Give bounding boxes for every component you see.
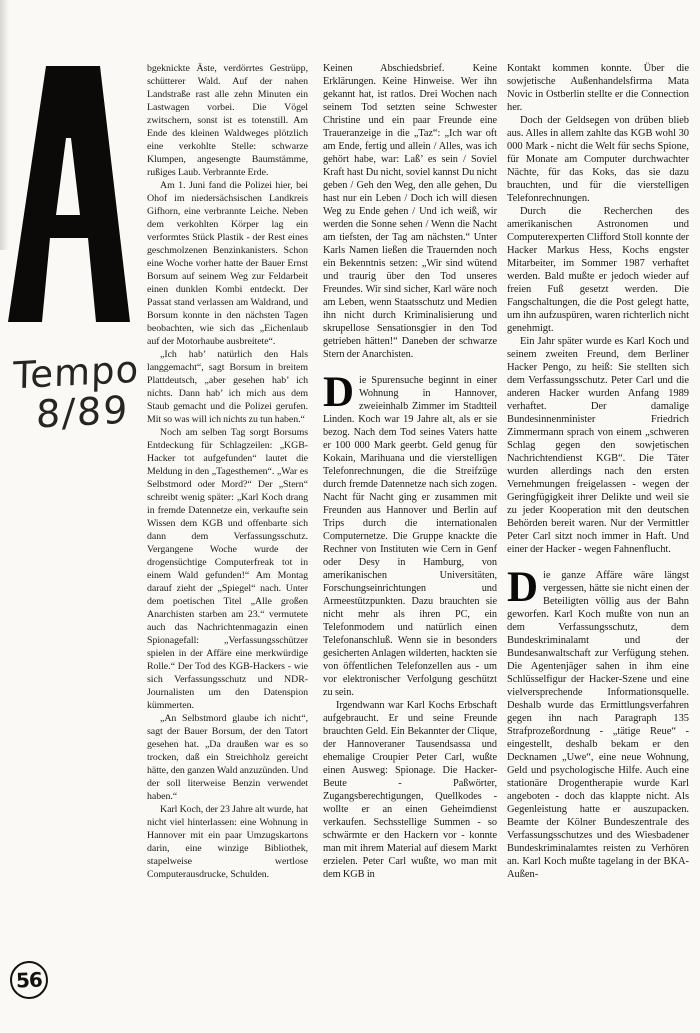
paragraph: Kontakt kommen konnte. Über die sowjetis… <box>507 62 689 114</box>
paragraph: Die ganze Affäre wäre längst vergessen, … <box>507 569 689 881</box>
initial-letter-text: A <box>8 322 9 323</box>
paragraph: Karl Koch, der 23 Jahre alt wurde, hat n… <box>147 803 308 881</box>
paragraph: Die Spurensuche beginnt in einer Wohnung… <box>323 374 497 699</box>
paragraph: bgeknickte Äste, verdörrtes Gestrüpp, sc… <box>147 62 308 179</box>
paragraph: Durch die Recherchen des amerikanischen … <box>507 205 689 335</box>
article-column-2: Keinen Abschiedsbrief. Keine Erklärungen… <box>323 62 497 970</box>
paragraph: „An Selbstmord glaube ich nicht“, sagt d… <box>147 712 308 803</box>
page-number: 56 <box>16 968 43 993</box>
paragraph: Noch am selben Tag sorgt Borsums Entdeck… <box>147 426 308 712</box>
paragraph: „Ich hab’ natürlich den Hals langgemacht… <box>147 348 308 426</box>
page-number-badge: 56 <box>8 959 49 1000</box>
drop-cap-letter: D <box>507 571 538 605</box>
magazine-page: A Tempo 8/89 56 bgeknickte Äste, verdörr… <box>0 0 700 1033</box>
paragraph: Keinen Abschiedsbrief. Keine Erklärungen… <box>323 62 497 361</box>
handwritten-note-line2: 8/89 <box>36 388 130 437</box>
paragraph: Am 1. Juni fand die Polizei hier, bei Oh… <box>147 179 308 348</box>
initial-letter-a-glyph <box>8 66 130 322</box>
paragraph: Irgendwann war Karl Kochs Erbschaft aufg… <box>323 699 497 881</box>
initial-letter-A: A <box>8 66 130 322</box>
paragraph: Doch der Geldsegen von drüben blieb aus.… <box>507 114 689 205</box>
paragraph: Ein Jahr später wurde es Karl Koch und s… <box>507 335 689 556</box>
drop-cap-letter: D <box>323 376 354 410</box>
article-column-1: bgeknickte Äste, verdörrtes Gestrüpp, sc… <box>147 62 308 970</box>
article-column-3: Kontakt kommen konnte. Über die sowjetis… <box>507 62 689 970</box>
